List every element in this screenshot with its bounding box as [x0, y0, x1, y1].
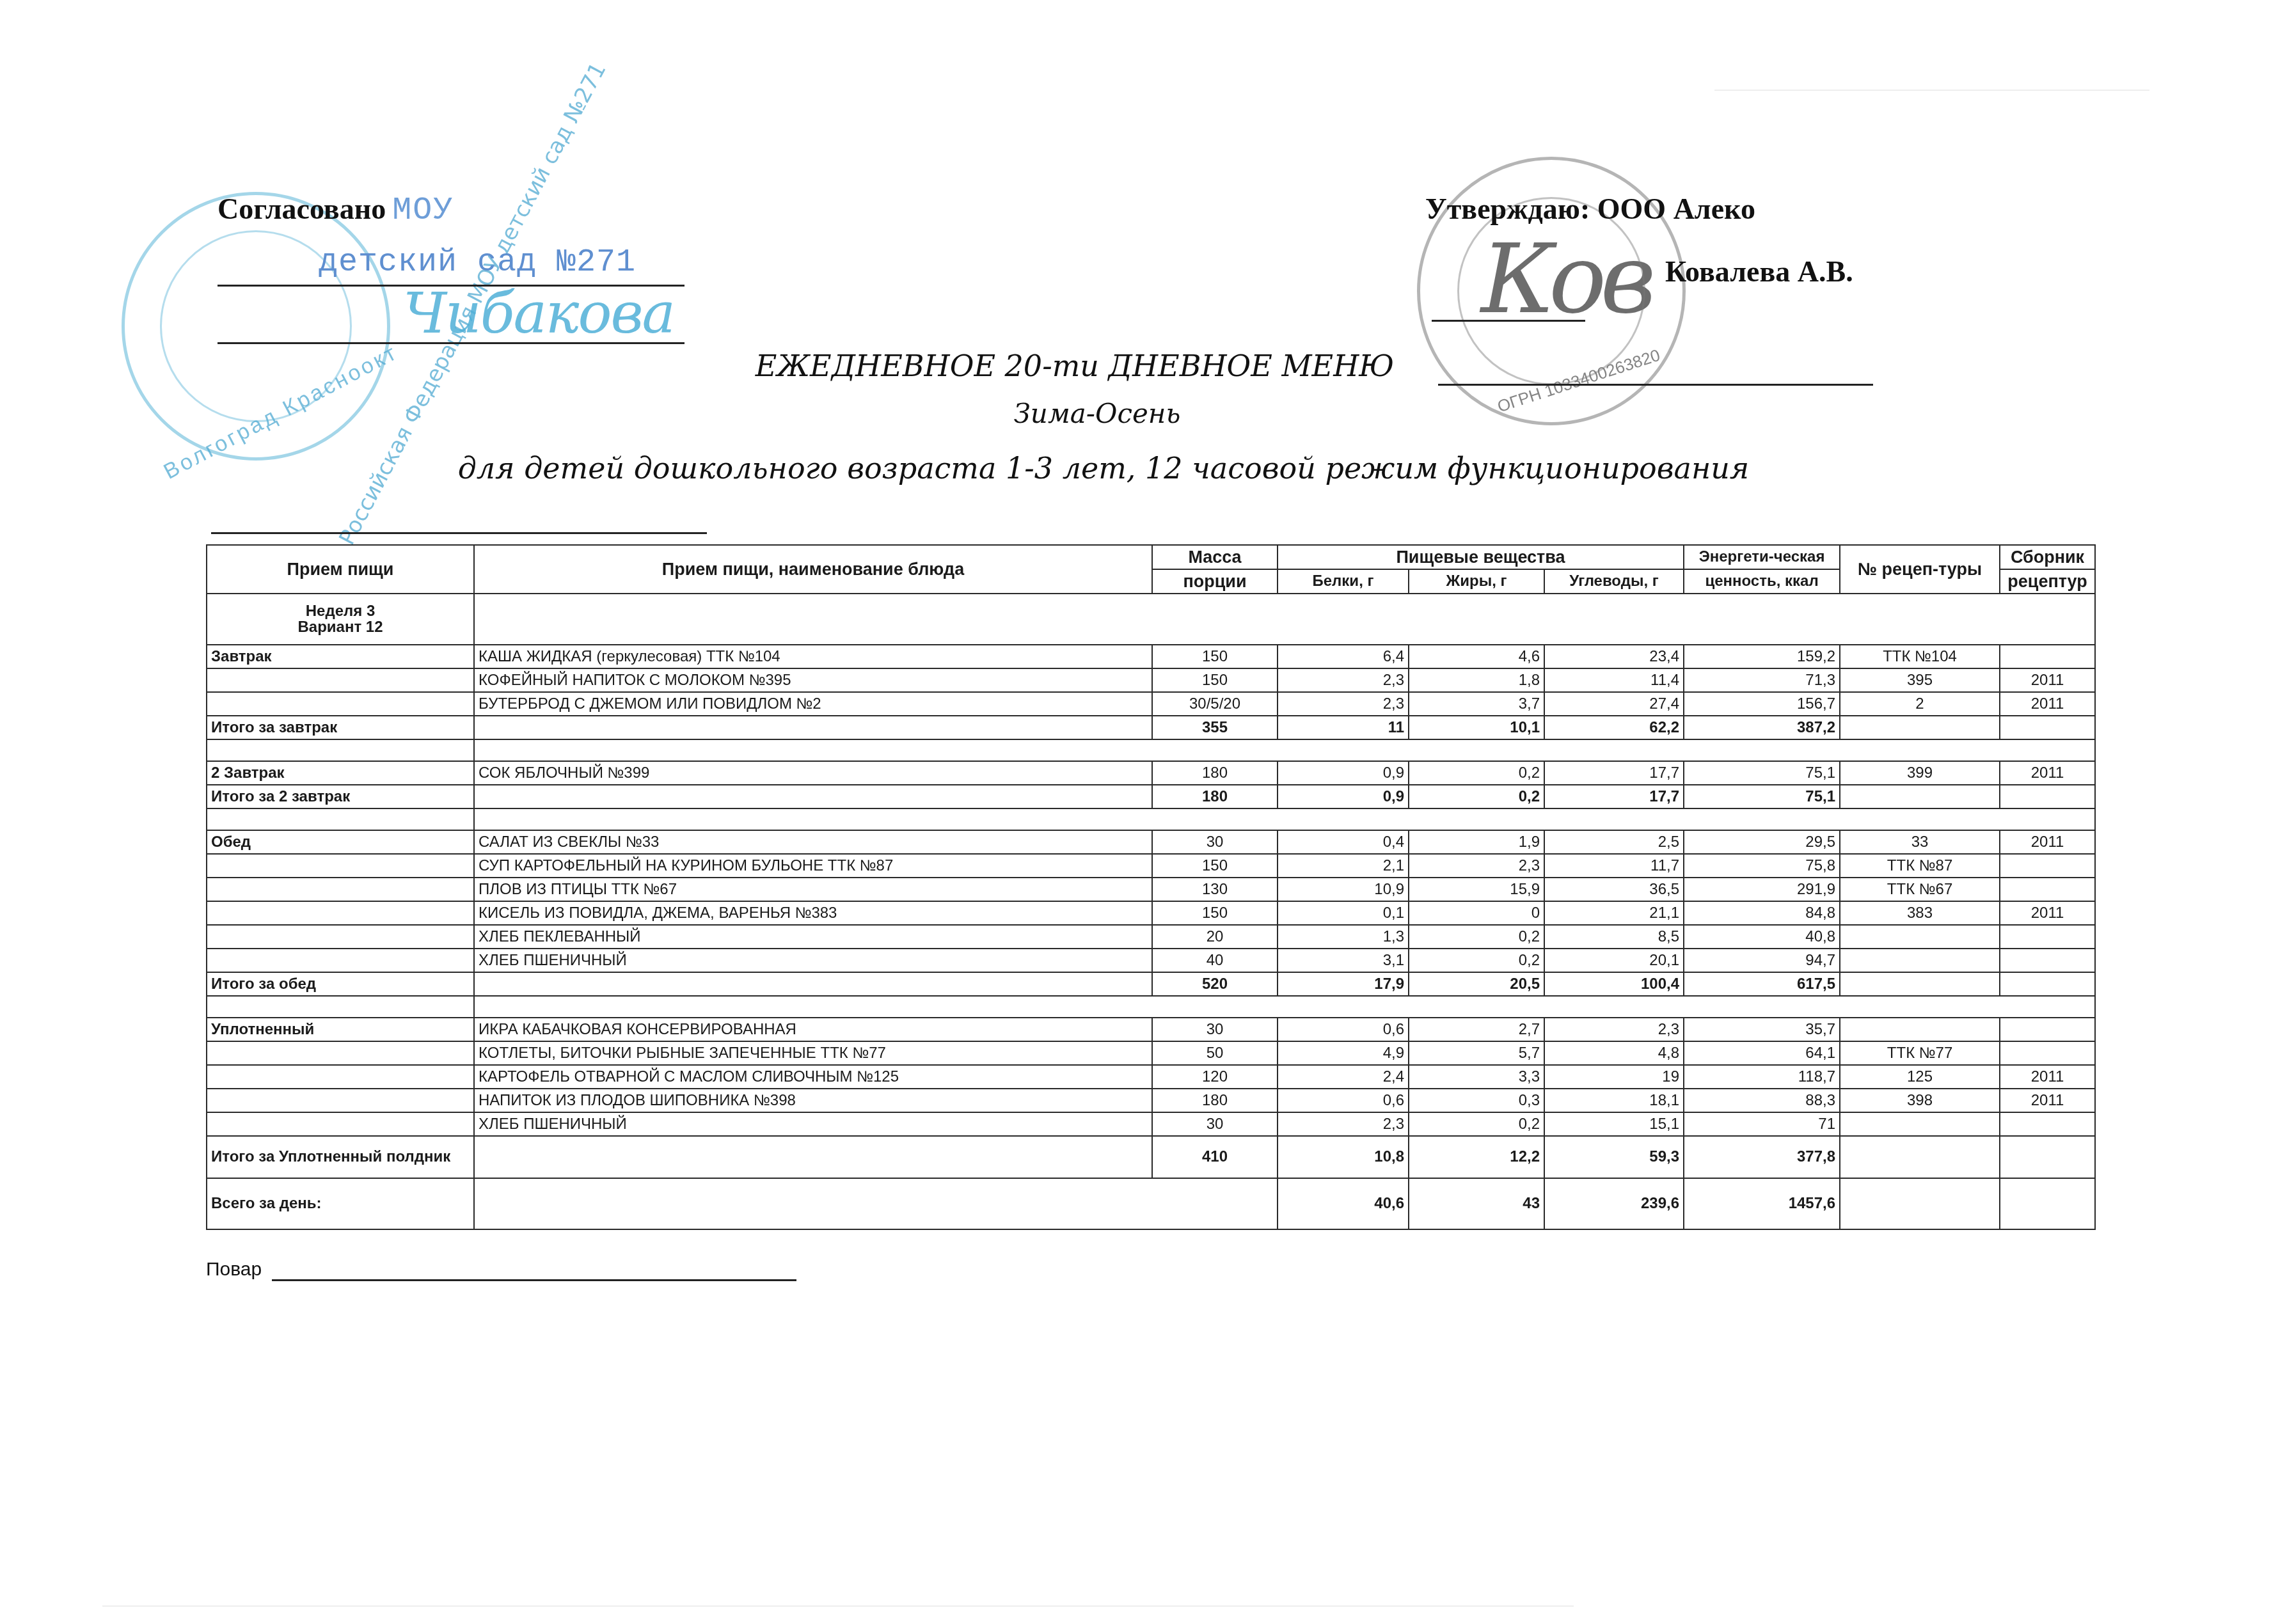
empty-cell — [207, 949, 474, 972]
protein-value: 0,6 — [1278, 1018, 1409, 1041]
recipe-number: 125 — [1840, 1065, 2000, 1089]
fat-value: 3,3 — [1409, 1065, 1544, 1089]
total-carbs: 59,3 — [1544, 1136, 1684, 1178]
recipe-number — [1840, 1112, 2000, 1136]
carbs-value: 11,7 — [1544, 854, 1684, 878]
energy-value: 75,8 — [1684, 854, 1840, 878]
empty-cell — [207, 668, 474, 692]
week-label: Неделя 3 — [211, 603, 470, 619]
recipe-collection: 2011 — [2000, 830, 2095, 854]
empty-cell — [2000, 785, 2095, 808]
recipe-number: ТТК №67 — [1840, 878, 2000, 901]
section-total-row: Итого за завтрак3551110,162,2387,2 — [207, 716, 2095, 739]
audience-subtitle: для детей дошкольного возраста 1-3 лет, … — [0, 451, 2239, 485]
empty-cell — [207, 1041, 474, 1065]
total-protein: 10,8 — [1278, 1136, 1409, 1178]
header-energy: Энергети-ческая — [1684, 545, 1840, 569]
carbs-value: 11,4 — [1544, 668, 1684, 692]
recipe-number: 399 — [1840, 761, 2000, 785]
portion-mass: 30 — [1152, 830, 1278, 854]
header-mass: Масса — [1152, 545, 1278, 569]
carbs-value: 18,1 — [1544, 1089, 1684, 1112]
season-subtitle: Зима-Осень — [0, 398, 2233, 429]
menu-table: Прием пищи Прием пищи, наименование блюд… — [206, 544, 2096, 1230]
empty-cell — [1840, 1178, 2000, 1229]
document-title: ЕЖЕДНЕВНОЕ 20-ти ДНЕВНОЕ МЕНЮ — [0, 349, 2210, 383]
agreed-label: Согласовано — [218, 193, 386, 225]
approval-approved-block: Утверждаю: ООО Алеко Ковалева А.В. — [1425, 192, 1873, 226]
agreed-org-line2: детский сад №271 — [319, 244, 636, 281]
protein-value: 6,4 — [1278, 645, 1409, 668]
recipe-collection: 2011 — [2000, 901, 2095, 925]
empty-cell — [1840, 785, 2000, 808]
recipe-collection: 2011 — [2000, 1065, 2095, 1089]
spacer-row — [207, 739, 2095, 761]
carbs-value: 2,5 — [1544, 830, 1684, 854]
scan-artifact-line — [1714, 90, 2149, 91]
fat-value: 15,9 — [1409, 878, 1544, 901]
recipe-number: ТТК №77 — [1840, 1041, 2000, 1065]
energy-value: 40,8 — [1684, 925, 1840, 949]
total-protein: 17,9 — [1278, 972, 1409, 996]
protein-value: 2,3 — [1278, 692, 1409, 716]
total-protein: 0,9 — [1278, 785, 1409, 808]
empty-cell — [207, 1089, 474, 1112]
carbs-value: 19 — [1544, 1065, 1684, 1089]
portion-mass: 150 — [1152, 901, 1278, 925]
protein-value: 2,1 — [1278, 854, 1409, 878]
portion-mass: 180 — [1152, 761, 1278, 785]
protein-value: 0,1 — [1278, 901, 1409, 925]
empty-cell — [207, 901, 474, 925]
carbs-value: 17,7 — [1544, 761, 1684, 785]
recipe-collection — [2000, 1018, 2095, 1041]
recipe-number: 2 — [1840, 692, 2000, 716]
recipe-collection: 2011 — [2000, 692, 2095, 716]
empty-cell — [474, 1178, 1278, 1229]
empty-cell — [207, 739, 474, 761]
recipe-collection — [2000, 925, 2095, 949]
recipe-collection — [2000, 645, 2095, 668]
total-fat: 20,5 — [1409, 972, 1544, 996]
fat-value: 3,7 — [1409, 692, 1544, 716]
carbs-value: 27,4 — [1544, 692, 1684, 716]
portion-mass: 30 — [1152, 1018, 1278, 1041]
total-fat: 12,2 — [1409, 1136, 1544, 1178]
meal-name: Обед — [207, 830, 474, 854]
total-mass: 410 — [1152, 1136, 1278, 1178]
recipe-collection — [2000, 1041, 2095, 1065]
dish-name: КАРТОФЕЛЬ ОТВАРНОЙ С МАСЛОМ СЛИВОЧНЫМ №1… — [474, 1065, 1152, 1089]
header-carbs: Углеводы, г — [1544, 569, 1684, 594]
header-meal: Прием пищи — [207, 545, 474, 594]
meal-name: Уплотненный — [207, 1018, 474, 1041]
dish-name: ИКРА КАБАЧКОВАЯ КОНСЕРВИРОВАННАЯ — [474, 1018, 1152, 1041]
spacer-row — [207, 808, 2095, 830]
total-fat: 0,2 — [1409, 785, 1544, 808]
carbs-value: 15,1 — [1544, 1112, 1684, 1136]
cook-signature-line — [272, 1279, 796, 1281]
header-mass-2: порции — [1152, 569, 1278, 594]
empty-cell — [2000, 1178, 2095, 1229]
energy-value: 94,7 — [1684, 949, 1840, 972]
energy-value: 88,3 — [1684, 1089, 1840, 1112]
protein-value: 3,1 — [1278, 949, 1409, 972]
empty-cell — [474, 785, 1152, 808]
table-row: ЗавтракКАША ЖИДКАЯ (геркулесовая) ТТК №1… — [207, 645, 2095, 668]
recipe-number: 33 — [1840, 830, 2000, 854]
meal-name: Завтрак — [207, 645, 474, 668]
table-row: СУП КАРТОФЕЛЬНЫЙ НА КУРИНОМ БУЛЬОНЕ ТТК … — [207, 854, 2095, 878]
approved-label: Утверждаю: ООО Алеко — [1425, 192, 1873, 226]
carbs-value: 2,3 — [1544, 1018, 1684, 1041]
day-total-fat: 43 — [1409, 1178, 1544, 1229]
total-carbs: 100,4 — [1544, 972, 1684, 996]
section-total-label: Итого за 2 завтрак — [207, 785, 474, 808]
empty-cell — [207, 808, 474, 830]
portion-mass: 150 — [1152, 645, 1278, 668]
fat-value: 1,9 — [1409, 830, 1544, 854]
signature-line — [1432, 320, 1585, 322]
recipe-collection: 2011 — [2000, 668, 2095, 692]
protein-value: 1,3 — [1278, 925, 1409, 949]
section-total-row: Итого за Уплотненный полдник41010,812,25… — [207, 1136, 2095, 1178]
portion-mass: 20 — [1152, 925, 1278, 949]
energy-value: 75,1 — [1684, 761, 1840, 785]
carbs-value: 8,5 — [1544, 925, 1684, 949]
protein-value: 0,9 — [1278, 761, 1409, 785]
approver-name: Ковалева А.В. — [1665, 255, 1853, 288]
fat-value: 0,2 — [1409, 925, 1544, 949]
table-row: КИСЕЛЬ ИЗ ПОВИДЛА, ДЖЕМА, ВАРЕНЬЯ №38315… — [207, 901, 2095, 925]
portion-mass: 30 — [1152, 1112, 1278, 1136]
header-protein: Белки, г — [1278, 569, 1409, 594]
empty-cell — [1840, 972, 2000, 996]
protein-value: 2,3 — [1278, 1112, 1409, 1136]
total-mass: 520 — [1152, 972, 1278, 996]
dish-name: ХЛЕБ ПШЕНИЧНЫЙ — [474, 1112, 1152, 1136]
table-row: КОФЕЙНЫЙ НАПИТОК С МОЛОКОМ №3951502,31,8… — [207, 668, 2095, 692]
recipe-collection — [2000, 854, 2095, 878]
signature-line — [1438, 384, 1873, 386]
total-energy: 617,5 — [1684, 972, 1840, 996]
empty-cell — [474, 972, 1152, 996]
protein-value: 10,9 — [1278, 878, 1409, 901]
separator-line — [211, 532, 707, 534]
dish-name: САЛАТ ИЗ СВЕКЛЫ №33 — [474, 830, 1152, 854]
section-total-row: Итого за обед52017,920,5100,4617,5 — [207, 972, 2095, 996]
approval-agreed-block: СогласованоМОУ детский сад №271 Чибакова — [218, 192, 684, 229]
day-total-carbs: 239,6 — [1544, 1178, 1684, 1229]
total-carbs: 17,7 — [1544, 785, 1684, 808]
fat-value: 0,3 — [1409, 1089, 1544, 1112]
total-fat: 10,1 — [1409, 716, 1544, 739]
empty-cell — [207, 854, 474, 878]
table-row: 2 ЗавтракСОК ЯБЛОЧНЫЙ №3991800,90,217,77… — [207, 761, 2095, 785]
protein-value: 2,4 — [1278, 1065, 1409, 1089]
energy-value: 156,7 — [1684, 692, 1840, 716]
table-row: ПЛОВ ИЗ ПТИЦЫ ТТК №6713010,915,936,5291,… — [207, 878, 2095, 901]
table-row: ХЛЕБ ПШЕНИЧНЫЙ302,30,215,171 — [207, 1112, 2095, 1136]
header-recipe-no: № рецеп-туры — [1840, 545, 2000, 594]
fat-value: 0 — [1409, 901, 1544, 925]
empty-cell — [207, 1112, 474, 1136]
dish-name: КАША ЖИДКАЯ (геркулесовая) ТТК №104 — [474, 645, 1152, 668]
protein-value: 0,6 — [1278, 1089, 1409, 1112]
dish-name: ХЛЕБ ПШЕНИЧНЫЙ — [474, 949, 1152, 972]
day-total-label: Всего за день: — [207, 1178, 474, 1229]
fat-value: 0,2 — [1409, 1112, 1544, 1136]
carbs-value: 4,8 — [1544, 1041, 1684, 1065]
empty-cell — [1840, 1136, 2000, 1178]
carbs-value: 21,1 — [1544, 901, 1684, 925]
portion-mass: 180 — [1152, 1089, 1278, 1112]
energy-value: 291,9 — [1684, 878, 1840, 901]
fat-value: 0,2 — [1409, 949, 1544, 972]
energy-value: 118,7 — [1684, 1065, 1840, 1089]
signature-line — [218, 342, 684, 344]
dish-name: КОТЛЕТЫ, БИТОЧКИ РЫБНЫЕ ЗАПЕЧЕННЫЕ ТТК №… — [474, 1041, 1152, 1065]
cook-label: Повар — [206, 1259, 262, 1281]
empty-cell — [2000, 716, 2095, 739]
empty-cell — [207, 878, 474, 901]
day-total-energy: 1457,6 — [1684, 1178, 1840, 1229]
portion-mass: 120 — [1152, 1065, 1278, 1089]
table-row: ОбедСАЛАТ ИЗ СВЕКЛЫ №33300,41,92,529,533… — [207, 830, 2095, 854]
fat-value: 4,6 — [1409, 645, 1544, 668]
carbs-value: 20,1 — [1544, 949, 1684, 972]
empty-cell — [207, 925, 474, 949]
recipe-number: 395 — [1840, 668, 2000, 692]
agreed-signature: Чибакова — [403, 280, 674, 346]
scan-artifact-line — [102, 1605, 1574, 1607]
table-row: УплотненныйИКРА КАБАЧКОВАЯ КОНСЕРВИРОВАН… — [207, 1018, 2095, 1041]
carbs-value: 36,5 — [1544, 878, 1684, 901]
dish-name: СУП КАРТОФЕЛЬНЫЙ НА КУРИНОМ БУЛЬОНЕ ТТК … — [474, 854, 1152, 878]
portion-mass: 30/5/20 — [1152, 692, 1278, 716]
header-energy-2: ценность, ккал — [1684, 569, 1840, 594]
section-total-label: Итого за Уплотненный полдник — [207, 1136, 474, 1178]
empty-cell — [1840, 716, 2000, 739]
header-collection: Сборник — [2000, 545, 2095, 569]
energy-value: 71 — [1684, 1112, 1840, 1136]
energy-value: 29,5 — [1684, 830, 1840, 854]
table-row: КАРТОФЕЛЬ ОТВАРНОЙ С МАСЛОМ СЛИВОЧНЫМ №1… — [207, 1065, 2095, 1089]
table-row: ХЛЕБ ПЕКЛЕВАННЫЙ201,30,28,540,8 — [207, 925, 2095, 949]
variant-label: Вариант 12 — [211, 619, 470, 635]
fat-value: 2,3 — [1409, 854, 1544, 878]
day-total-protein: 40,6 — [1278, 1178, 1409, 1229]
recipe-collection: 2011 — [2000, 1089, 2095, 1112]
energy-value: 84,8 — [1684, 901, 1840, 925]
total-energy: 75,1 — [1684, 785, 1840, 808]
day-total-row: Всего за день:40,643239,61457,6 — [207, 1178, 2095, 1229]
total-energy: 377,8 — [1684, 1136, 1840, 1178]
spacer-row — [207, 996, 2095, 1018]
protein-value: 2,3 — [1278, 668, 1409, 692]
empty-cell — [474, 594, 2095, 645]
recipe-collection — [2000, 878, 2095, 901]
protein-value: 0,4 — [1278, 830, 1409, 854]
section-total-label: Итого за завтрак — [207, 716, 474, 739]
dish-name: СОК ЯБЛОЧНЫЙ №399 — [474, 761, 1152, 785]
portion-mass: 130 — [1152, 878, 1278, 901]
portion-mass: 40 — [1152, 949, 1278, 972]
portion-mass: 150 — [1152, 668, 1278, 692]
recipe-number: 398 — [1840, 1089, 2000, 1112]
recipe-number: ТТК №104 — [1840, 645, 2000, 668]
empty-cell — [474, 996, 2095, 1018]
carbs-value: 23,4 — [1544, 645, 1684, 668]
recipe-number — [1840, 949, 2000, 972]
empty-cell — [207, 996, 474, 1018]
dish-name: БУТЕРБРОД С ДЖЕМОМ ИЛИ ПОВИДЛОМ №2 — [474, 692, 1152, 716]
total-protein: 11 — [1278, 716, 1409, 739]
recipe-number — [1840, 1018, 2000, 1041]
agreed-org-line1: МОУ — [392, 193, 454, 229]
empty-cell — [207, 692, 474, 716]
energy-value: 71,3 — [1684, 668, 1840, 692]
energy-value: 35,7 — [1684, 1018, 1840, 1041]
total-carbs: 62,2 — [1544, 716, 1684, 739]
empty-cell — [207, 1065, 474, 1089]
total-mass: 180 — [1152, 785, 1278, 808]
empty-cell — [2000, 1136, 2095, 1178]
total-mass: 355 — [1152, 716, 1278, 739]
dish-name: КОФЕЙНЫЙ НАПИТОК С МОЛОКОМ №395 — [474, 668, 1152, 692]
recipe-collection — [2000, 949, 2095, 972]
section-total-row: Итого за 2 завтрак1800,90,217,775,1 — [207, 785, 2095, 808]
recipe-number: 383 — [1840, 901, 2000, 925]
energy-value: 64,1 — [1684, 1041, 1840, 1065]
recipe-number — [1840, 925, 2000, 949]
dish-name: ХЛЕБ ПЕКЛЕВАННЫЙ — [474, 925, 1152, 949]
fat-value: 0,2 — [1409, 761, 1544, 785]
dish-name: НАПИТОК ИЗ ПЛОДОВ ШИПОВНИКА №398 — [474, 1089, 1152, 1112]
portion-mass: 150 — [1152, 854, 1278, 878]
empty-cell — [474, 739, 2095, 761]
empty-cell — [474, 716, 1152, 739]
fat-value: 1,8 — [1409, 668, 1544, 692]
fat-value: 5,7 — [1409, 1041, 1544, 1065]
header-fat: Жиры, г — [1409, 569, 1544, 594]
approved-signature: Ков — [1481, 224, 1650, 335]
empty-cell — [474, 1136, 1152, 1178]
protein-value: 4,9 — [1278, 1041, 1409, 1065]
energy-value: 159,2 — [1684, 645, 1840, 668]
week-variant-cell: Неделя 3 Вариант 12 — [207, 594, 474, 645]
recipe-number: ТТК №87 — [1840, 854, 2000, 878]
meal-name: 2 Завтрак — [207, 761, 474, 785]
table-row: БУТЕРБРОД С ДЖЕМОМ ИЛИ ПОВИДЛОМ №230/5/2… — [207, 692, 2095, 716]
empty-cell — [474, 808, 2095, 830]
dish-name: ПЛОВ ИЗ ПТИЦЫ ТТК №67 — [474, 878, 1152, 901]
recipe-collection: 2011 — [2000, 761, 2095, 785]
header-collection-2: рецептур — [2000, 569, 2095, 594]
table-row: НАПИТОК ИЗ ПЛОДОВ ШИПОВНИКА №3981800,60,… — [207, 1089, 2095, 1112]
table-row: ХЛЕБ ПШЕНИЧНЫЙ403,10,220,194,7 — [207, 949, 2095, 972]
header-dish: Прием пищи, наименование блюда — [474, 545, 1152, 594]
recipe-collection — [2000, 1112, 2095, 1136]
header-nutrients: Пищевые вещества — [1278, 545, 1684, 569]
total-energy: 387,2 — [1684, 716, 1840, 739]
dish-name: КИСЕЛЬ ИЗ ПОВИДЛА, ДЖЕМА, ВАРЕНЬЯ №383 — [474, 901, 1152, 925]
portion-mass: 50 — [1152, 1041, 1278, 1065]
table-row: КОТЛЕТЫ, БИТОЧКИ РЫБНЫЕ ЗАПЕЧЕННЫЕ ТТК №… — [207, 1041, 2095, 1065]
fat-value: 2,7 — [1409, 1018, 1544, 1041]
section-total-label: Итого за обед — [207, 972, 474, 996]
empty-cell — [2000, 972, 2095, 996]
